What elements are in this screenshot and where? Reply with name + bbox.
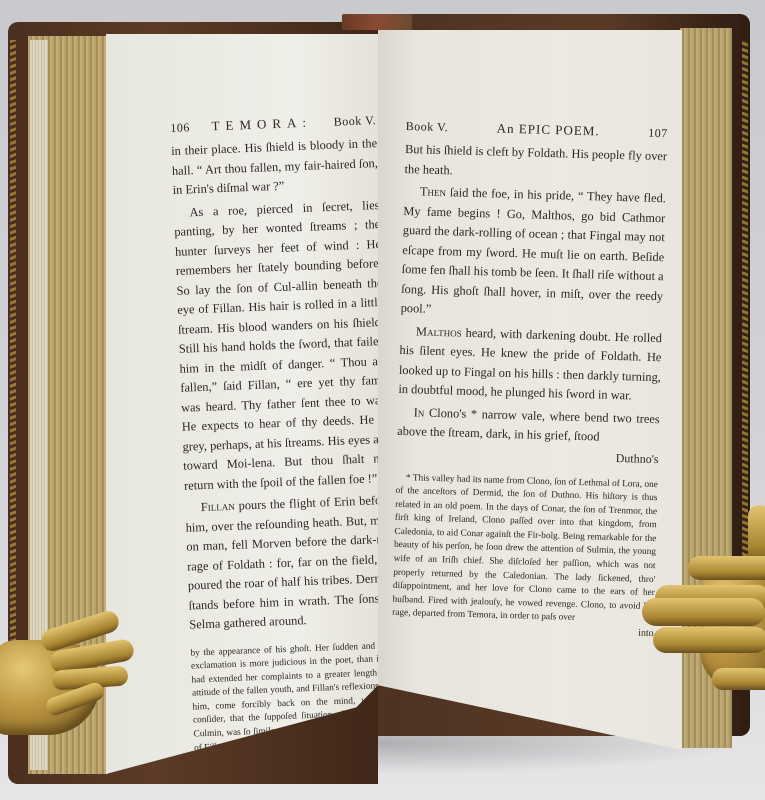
smallcaps-lead: Malthos: [416, 324, 462, 339]
book-photo-scene: 106 TEMORA: Book V. in their place. His …: [0, 0, 765, 800]
right-footnote: * This valley had its name from Clono, ſ…: [392, 471, 658, 639]
paragraph-text: pours the flight of Erin before him, ove…: [185, 493, 394, 632]
smallcaps-lead: Fillan: [201, 499, 235, 514]
paragraph-text: ſaid the foe, in his pride, “ They have …: [400, 185, 666, 316]
left-page-text-block: 106 TEMORA: Book V. in their place. His …: [170, 112, 401, 767]
right-book-label: Book V.: [406, 119, 449, 135]
paragraph: Malthos heard, with darkening doubt. He …: [398, 321, 662, 406]
paragraph: But his ſhield is cleft by Foldath. His …: [404, 140, 667, 186]
brass-finger-icon: [642, 598, 765, 626]
brass-finger-icon: [712, 668, 765, 690]
paragraph: In Clono's * narrow vale, where bend two…: [397, 402, 660, 448]
paragraph: in their place. His ſhield is bloody in …: [171, 134, 379, 200]
right-running-head: Book V. An EPIC POEM. 107: [406, 118, 668, 141]
right-line-end: Duthno's: [396, 444, 658, 466]
left-body-text: in their place. His ſhield is bloody in …: [171, 134, 396, 635]
right-running-title: An EPIC POEM.: [497, 121, 600, 140]
worn-spine-top: [342, 14, 412, 30]
brass-finger-icon: [688, 556, 765, 580]
left-running-title: TEMORA:: [211, 115, 312, 135]
left-running-head: 106 TEMORA: Book V.: [170, 112, 376, 136]
paragraph: As a roe, pierced in ſecret, lies pantin…: [173, 196, 390, 496]
brass-finger-icon: [653, 627, 765, 653]
left-page: 106 TEMORA: Book V. in their place. His …: [106, 34, 378, 774]
gilt-border-left: [10, 40, 16, 640]
smallcaps-lead: In: [414, 405, 425, 419]
paragraph: Fillan pours the flight of Erin before h…: [185, 491, 396, 635]
right-page-number: 107: [648, 126, 668, 142]
paragraph-text: Clono's * narrow vale, where bend two tr…: [397, 405, 660, 443]
paragraph: Then ſaid the foe, in his pride, “ They …: [400, 182, 666, 326]
left-page-number: 106: [170, 120, 190, 136]
right-body-text: But his ſhield is cleft by Foldath. His …: [396, 140, 667, 467]
left-book-label: Book V.: [334, 113, 377, 130]
right-page: Book V. An EPIC POEM. 107 But his ſhield…: [378, 30, 682, 750]
smallcaps-lead: Then: [420, 184, 446, 199]
right-page-text-block: Book V. An EPIC POEM. 107 But his ſhield…: [392, 118, 668, 639]
footnote-text: * This valley had its name from Clono, ſ…: [392, 471, 658, 628]
